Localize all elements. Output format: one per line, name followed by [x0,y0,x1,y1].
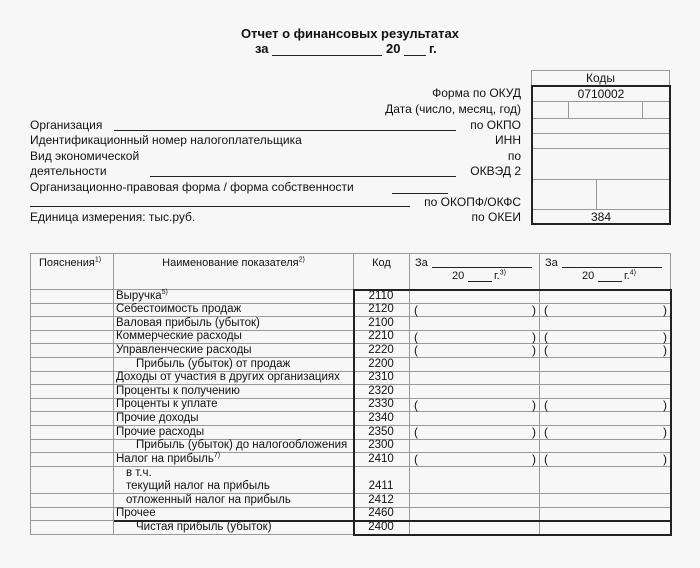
activity-label-2: деятельности [30,164,107,178]
table-row: Налог на прибыль7)2410()() [30,453,671,467]
period2-value-cell[interactable]: () [540,304,671,318]
okei-label: по ОКЕИ [472,210,521,224]
date-divider-2 [642,102,643,118]
table-row: Прибыль (убыток) до налогообложения2300 [30,440,671,454]
indicator-name-text: Проценты к получению [116,385,240,397]
notes-cell[interactable] [30,453,114,467]
open-paren: ( [544,399,548,412]
indicator-name-cell: Прибыль (убыток) до налогообложения [114,440,354,454]
period2-footnote: 4) [630,269,636,276]
okopf-label: по ОКОПФ/ОКФС [424,195,521,209]
period2-value-cell[interactable] [540,317,671,331]
legal-form-label: Организационно-правовая форма / форма со… [30,180,354,194]
okved-field[interactable] [533,149,669,180]
col-header-period2: За 20 г.4) [539,253,671,290]
notes-cell[interactable] [30,508,114,522]
period1-value-cell[interactable] [410,372,540,386]
okud-value: 0710002 [533,87,669,102]
period2-value-cell[interactable] [540,358,671,372]
okud-label: Форма по ОКУД [432,86,521,100]
indicator-code: 2412 [354,494,408,507]
notes-cell[interactable] [30,385,114,399]
notes-cell[interactable] [30,304,114,318]
open-paren: ( [414,453,418,466]
indicator-name-cell: Прочие доходы [114,412,354,426]
code-cell: 2411 [354,467,410,494]
period2-value-cell[interactable] [540,521,671,535]
okopf-divider [596,180,597,209]
open-paren: ( [414,426,418,439]
indicator-name-text: Прочие расходы [116,426,204,438]
indicator-name-cell: Коммерческие расходы [114,331,354,345]
open-paren: ( [544,426,548,439]
unit-label: Единица измерения: тыс.руб. [30,210,195,224]
close-paren: ) [532,331,536,344]
period1-year: 20 [452,270,464,282]
period1-value-cell[interactable]: () [410,426,540,440]
notes-footnote: 1) [95,256,101,263]
period2-value-cell[interactable]: () [540,344,671,358]
code-cell: 2330 [354,399,410,413]
indicator-name: Прибыль (убыток) до налогообложения [136,439,347,452]
indicator-name-text: Налог на прибыль [116,453,214,465]
notes-cell[interactable] [30,344,114,358]
indicator-code: 2410 [354,453,408,466]
indicator-code: 2350 [354,426,408,439]
report-title: Отчет о финансовых результатах [0,26,700,41]
close-paren: ) [532,399,536,412]
close-paren: ) [663,426,667,439]
table-row: Проценты к получению2320 [30,385,671,399]
code-cell: 2210 [354,331,410,345]
indicator-name-text: Валовая прибыль (убыток) [116,317,260,329]
notes-cell[interactable] [30,399,114,413]
date-label: Дата (число, месяц, год) [385,102,521,116]
code-cell: 2340 [354,412,410,426]
code-cell: 2410 [354,453,410,467]
period2-value-cell[interactable] [540,412,671,426]
indicator-name-text: Управленческие расходы [116,344,252,356]
period1-value-cell[interactable]: () [410,331,540,345]
col-header-notes-text: Пояснения [39,257,95,269]
indicator-name-text: отложенный налог на прибыль [126,494,291,506]
ownership-field[interactable] [30,206,410,207]
indicator-name-cell: Себестоимость продаж [114,304,354,318]
table-row: Прочие расходы2350()() [30,426,671,440]
period1-value-cell[interactable] [410,521,540,535]
okved-label-2: ОКВЭД 2 [470,164,521,178]
code-cell: 2300 [354,440,410,454]
period1-value-cell[interactable] [410,508,540,522]
indicator-name-text: Прочее [116,507,156,519]
table-row: Чистая прибыль (убыток)2400 [30,521,671,535]
notes-cell[interactable] [30,494,114,508]
tax-id-label: Идентификационный номер налогоплательщик… [30,133,302,147]
notes-cell[interactable] [30,358,114,372]
indicator-name: Управленческие расходы [116,344,252,357]
open-paren: ( [414,399,418,412]
indicator-code: 2300 [354,439,408,452]
notes-cell[interactable] [30,440,114,454]
period2-value-cell[interactable] [540,440,671,454]
period2-value-cell[interactable]: () [540,331,671,345]
table-row: Прочее2460 [30,508,671,522]
table-row: Управленческие расходы2220()() [30,344,671,358]
period1-value-cell[interactable] [410,317,540,331]
period1-prefix: За [415,257,428,269]
footnote-marker: 7) [214,452,220,459]
indicator-name: Доходы от участия в других организациях [116,371,340,384]
period-suffix: г. [429,41,437,56]
indicator-code: 2411 [354,480,408,493]
table-row: Прибыль (убыток) от продаж2200 [30,358,671,372]
indicator-name: Прочее [116,507,156,520]
period1-date-field[interactable] [432,267,532,268]
date-divider-1 [568,102,569,118]
period1-value-cell[interactable] [410,290,540,304]
period1-value-cell[interactable]: () [410,399,540,413]
indicator-name-cell: Доходы от участия в других организациях [114,372,354,386]
notes-cell[interactable] [30,467,114,494]
indicator-name-cell: Проценты к получению [114,385,354,399]
footnote-marker: 5) [162,289,168,296]
table-row: Себестоимость продаж2120()() [30,304,671,318]
code-cell: 2200 [354,358,410,372]
code-cell: 2320 [354,385,410,399]
period2-value-cell[interactable]: () [540,426,671,440]
period2-value-cell[interactable]: () [540,453,671,467]
table-row: Выручка5)2110 [30,290,671,304]
table-row: Прочие доходы2340 [30,412,671,426]
period1-value-cell[interactable] [410,467,540,494]
notes-cell[interactable] [30,290,114,304]
indicator-name: в т.ч.текущий налог на прибыль [126,467,270,493]
col-header-notes: Пояснения1) [30,253,114,290]
indicator-name-cell: Управленческие расходы [114,344,354,358]
period2-value-cell[interactable] [540,385,671,399]
indicator-code: 2200 [354,358,408,371]
close-paren: ) [532,426,536,439]
period2-value-cell[interactable] [540,290,671,304]
indicator-name-text: Чистая прибыль (убыток) [136,521,272,533]
indicator-code: 2110 [354,290,408,303]
indicator-name: отложенный налог на прибыль [126,494,291,507]
period1-footnote: 3) [500,269,506,276]
period2-date-field[interactable] [562,267,662,268]
okopf-okfs-field[interactable] [533,180,669,210]
indicator-code: 2460 [354,507,408,520]
period-year-label: 20 [386,41,400,56]
legal-form-field[interactable] [392,193,448,194]
indicator-name: Коммерческие расходы [116,330,242,343]
close-paren: ) [663,304,667,317]
period-prefix: за [255,41,269,56]
indicator-code: 2330 [354,398,408,411]
period2-value-cell[interactable]: () [540,399,671,413]
notes-cell[interactable] [30,317,114,331]
indicator-name: Проценты к уплате [116,398,218,411]
date-field[interactable] [533,102,669,119]
period1-value-cell[interactable] [410,494,540,508]
open-paren: ( [544,331,548,344]
table-row: Валовая прибыль (убыток)2100 [30,317,671,331]
period2-year-field[interactable] [598,281,622,282]
organization-label: Организация [30,118,102,132]
col-header-name-text: Наименование показателя [162,257,298,269]
notes-cell[interactable] [30,412,114,426]
notes-cell[interactable] [30,521,114,535]
indicator-name-cell: Проценты к уплате [114,399,354,413]
indicator-code: 2100 [354,317,408,330]
open-paren: ( [544,453,548,466]
period1-value-cell[interactable] [410,358,540,372]
period2-year: 20 [582,270,594,282]
period1-value-cell[interactable]: () [410,453,540,467]
code-cell: 2412 [354,494,410,508]
notes-cell[interactable] [30,372,114,386]
indicator-name: Выручка5) [116,290,168,303]
okei-value: 384 [533,210,669,224]
close-paren: ) [663,399,667,412]
table-row: отложенный налог на прибыль2412 [30,494,671,508]
indicator-name-line2: текущий налог на прибыль [126,480,270,493]
period2-value-cell[interactable] [540,508,671,522]
indicator-code: 2400 [354,521,408,534]
period1-value-cell[interactable] [410,412,540,426]
notes-cell[interactable] [30,331,114,345]
inn-field[interactable] [533,134,669,149]
indicator-name-cell: Чистая прибыль (убыток) [114,521,354,535]
indicator-name-text: Доходы от участия в других организациях [116,371,340,383]
open-paren: ( [414,304,418,317]
indicator-name-text: Прочие доходы [116,412,199,424]
open-paren: ( [544,344,548,357]
period2-prefix: За [545,257,558,269]
codes-box: 0710002 384 [531,85,671,225]
indicator-name: Прибыль (убыток) от продаж [136,358,290,371]
code-cell: 2310 [354,372,410,386]
inn-label: ИНН [495,133,521,147]
close-paren: ) [663,453,667,466]
open-paren: ( [414,344,418,357]
close-paren: ) [532,304,536,317]
indicator-name: Проценты к получению [116,385,240,398]
col-header-period1: За 20 г.3) [409,253,540,290]
open-paren: ( [414,331,418,344]
code-cell: 2220 [354,344,410,358]
period1-year-field[interactable] [468,281,492,282]
indicator-code: 2320 [354,385,408,398]
indicator-name-cell: Налог на прибыль7) [114,453,354,467]
total-divider [114,520,671,522]
period1-value-cell[interactable]: () [410,344,540,358]
name-footnote: 2) [299,256,305,263]
col-header-name: Наименование показателя2) [113,253,354,290]
okpo-label: по ОКПО [470,118,521,132]
period-year-field[interactable] [404,55,426,56]
table-row: Проценты к уплате2330()() [30,399,671,413]
close-paren: ) [532,453,536,466]
close-paren: ) [663,331,667,344]
indicator-name-text: Проценты к уплате [116,398,218,410]
notes-cell[interactable] [30,426,114,440]
open-paren: ( [544,304,548,317]
close-paren: ) [663,344,667,357]
activity-field[interactable] [150,176,456,177]
codes-heading: Коды [531,70,670,85]
close-paren: ) [532,344,536,357]
period2-value-cell[interactable] [540,494,671,508]
indicator-code: 2210 [354,330,408,343]
indicator-name: Прочие доходы [116,412,199,425]
code-cell: 2350 [354,426,410,440]
indicator-code: 2220 [354,344,408,357]
indicator-name-line1: в т.ч. [126,467,270,480]
period2-value-cell[interactable] [540,372,671,386]
indicator-name-cell: Прибыль (убыток) от продаж [114,358,354,372]
indicator-code: 2340 [354,412,408,425]
period-date-field[interactable] [272,55,382,56]
organization-field[interactable] [114,130,456,131]
indicator-name-cell: Прочие расходы [114,426,354,440]
period1-value-cell[interactable] [410,440,540,454]
code-cell: 2110 [354,290,410,304]
indicator-name-cell: Выручка5) [114,290,354,304]
code-cell: 2100 [354,317,410,331]
indicator-name-cell: Прочее [114,508,354,522]
indicator-code: 2310 [354,371,408,384]
indicator-name-text: Себестоимость продаж [116,303,241,315]
table-row: в т.ч.текущий налог на прибыль2411 [30,467,671,494]
period1-value-cell[interactable]: () [410,304,540,318]
table-row: Доходы от участия в других организациях2… [30,372,671,386]
indicator-name-cell: в т.ч.текущий налог на прибыль [114,467,354,494]
indicator-name: Валовая прибыль (убыток) [116,317,260,330]
indicator-name: Чистая прибыль (убыток) [136,521,272,534]
indicator-name-text: Выручка [116,290,162,302]
code-cell: 2460 [354,508,410,522]
period2-value-cell[interactable] [540,467,671,494]
indicator-name: Налог на прибыль7) [116,453,220,466]
indicator-name-cell: Валовая прибыль (убыток) [114,317,354,331]
col-header-code-text: Код [354,257,409,269]
col-header-code: Код [353,253,410,290]
indicator-name-text: Прибыль (убыток) от продаж [136,358,290,370]
indicator-name: Прочие расходы [116,426,204,439]
okpo-field[interactable] [533,119,669,134]
indicator-name-text: Прибыль (убыток) до налогообложения [136,439,347,451]
code-cell: 2400 [354,521,410,535]
indicator-name: Себестоимость продаж [116,303,241,316]
table-row: Коммерческие расходы2210()() [30,331,671,345]
indicator-name-text: Коммерческие расходы [116,330,242,342]
okved-label-1: по [508,149,521,163]
indicator-code: 2120 [354,303,408,316]
period1-value-cell[interactable] [410,385,540,399]
activity-label-1: Вид экономической [30,149,139,163]
indicator-name-cell: отложенный налог на прибыль [114,494,354,508]
code-cell: 2120 [354,304,410,318]
